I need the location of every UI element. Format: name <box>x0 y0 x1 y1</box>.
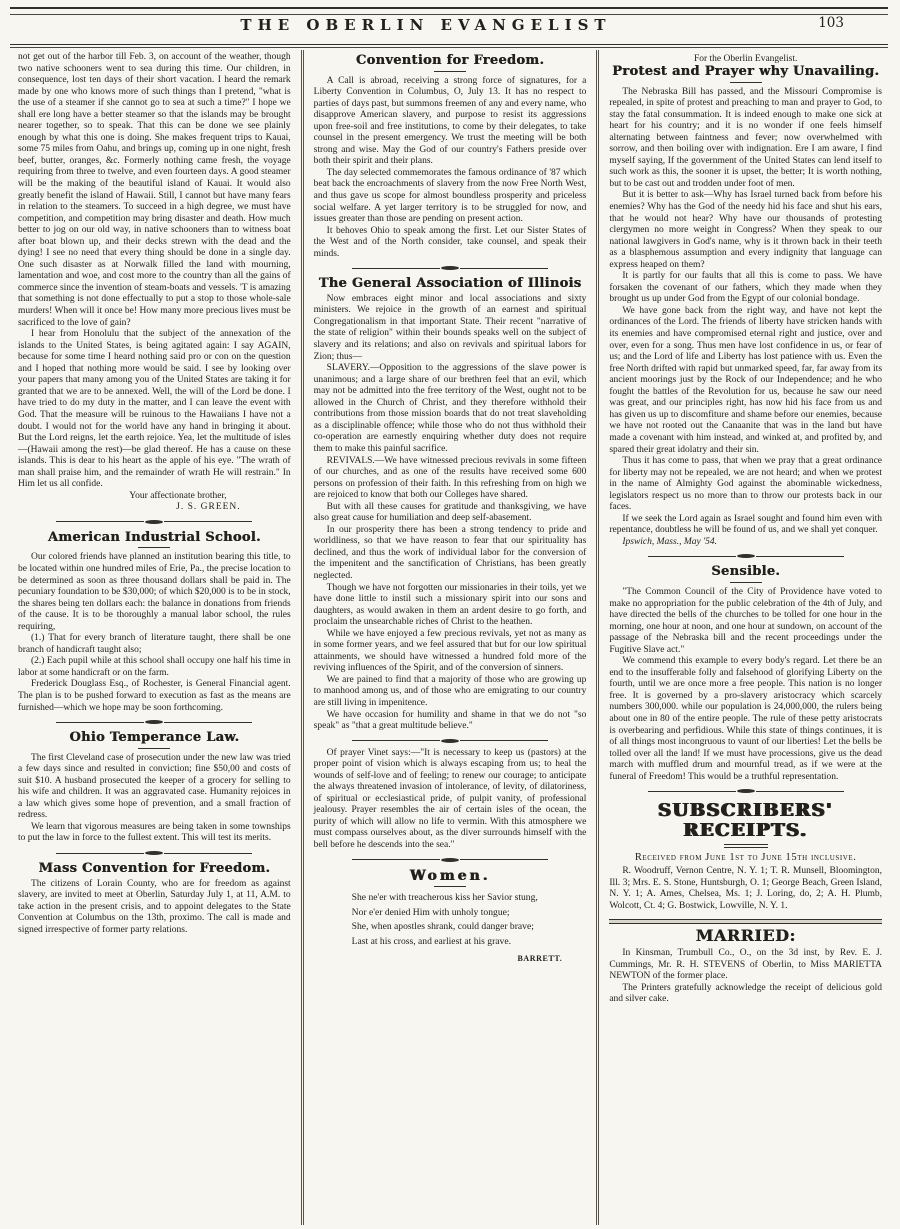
header-divider-rule <box>10 44 888 48</box>
heading-underline-rule <box>434 71 466 72</box>
ornament-divider <box>352 739 548 743</box>
divider-ornament <box>737 789 755 793</box>
article-heading-temperance-law: Ohio Temperance Law. <box>18 731 291 746</box>
divider-ornament <box>737 554 755 558</box>
article-paragraph: In our prosperity there has been a stron… <box>314 525 587 583</box>
article-paragraph: We are pained to find that a majority of… <box>314 675 587 710</box>
letter-paragraph: not get out of the harbor till Feb. 3, o… <box>18 52 291 329</box>
section-heading-married: MARRIED: <box>609 927 882 945</box>
article-heading-sensible: Sensible. <box>609 565 882 580</box>
article-heading-convention-freedom: Convention for Freedom. <box>314 54 587 69</box>
column-1: not get out of the harbor till Feb. 3, o… <box>8 50 301 1225</box>
heading-underline-rule <box>138 748 170 749</box>
article-paragraph: It behoves Ohio to speak among the first… <box>314 226 587 261</box>
letter-signoff: Your affectionate brother, <box>18 491 291 503</box>
article-paragraph: SLAVERY.—Opposition to the aggressions o… <box>314 363 587 455</box>
article-paragraph: But with all these causes for gratitude … <box>314 502 587 525</box>
newspaper-page: THE OBERLIN EVANGELIST 103 not get out o… <box>0 0 900 1229</box>
article-paragraph: Frederick Douglass Esq., of Rochester, i… <box>18 679 291 714</box>
heading-underline-rule <box>730 82 762 83</box>
article-paragraph: While we have enjoyed a few precious rev… <box>314 629 587 675</box>
article-paragraph: If we seek the Lord again as Israel soug… <box>609 514 882 537</box>
receipts-subheading: Received from June 1st to June 15th incl… <box>609 852 882 864</box>
divider-ornament <box>145 720 163 724</box>
article-heading-general-association: The General Association of Illinois <box>314 277 587 292</box>
article-paragraph: The day selected commemorates the famous… <box>314 168 587 226</box>
ornament-divider <box>56 851 252 855</box>
article-heading-women: Women. <box>314 869 587 885</box>
article-paragraph: (1.) That for every branch of literature… <box>18 633 291 656</box>
heading-underline-rule <box>434 886 466 887</box>
article-paragraph: A Call is abroad, receiving a strong for… <box>314 76 587 168</box>
poem-signature: BARRETT. <box>314 953 587 965</box>
poem-line: Last at his cross, and earliest at his g… <box>352 935 587 950</box>
poem-line: Nor e'er denied Him with unholy tongue; <box>352 906 587 921</box>
ornament-divider <box>648 554 844 558</box>
article-paragraph: The citizens of Lorain County, who are f… <box>18 879 291 937</box>
heading-underline-rule <box>730 582 762 583</box>
article-paragraph: But it is better to ask—Why has Israel t… <box>609 190 882 271</box>
marriage-notice-paragraph: In Kinsman, Trumbull Co., O., on the 3d … <box>609 948 882 983</box>
poem-line: She ne'er with treacherous kiss her Savi… <box>352 891 587 906</box>
divider-ornament <box>441 739 459 743</box>
divider-ornament <box>145 520 163 524</box>
article-heading-industrial-school: American Industrial School. <box>18 531 291 546</box>
printers-note-paragraph: The Printers gratefully acknowledge the … <box>609 983 882 1006</box>
divider-ornament <box>441 266 459 270</box>
divider-ornament <box>441 858 459 862</box>
article-paragraph: We have gone back from the right way, an… <box>609 306 882 456</box>
double-rule-divider <box>609 919 882 924</box>
article-paragraph: We have occasion for humility and shame … <box>314 710 587 733</box>
column-layout: not get out of the harbor till Feb. 3, o… <box>8 50 892 1225</box>
receipts-list-paragraph: R. Woodruff, Vernon Centre, N. Y. 1; T. … <box>609 866 882 912</box>
section-heading-subscribers-receipts: SUBSCRIBERS' RECEIPTS. <box>609 801 882 841</box>
article-paragraph: We commend this example to every body's … <box>609 656 882 783</box>
column-2: Convention for Freedom. A Call is abroad… <box>301 50 600 1225</box>
article-paragraph: "The Common Council of the City of Provi… <box>609 587 882 656</box>
article-paragraph: Now embraces eight minor and local assoc… <box>314 294 587 363</box>
vinet-quote-paragraph: Of prayer Vinet says:—"It is necessary t… <box>314 748 587 852</box>
ornament-divider <box>56 520 252 524</box>
divider-ornament <box>145 851 163 855</box>
top-border-rule <box>10 7 888 15</box>
poem: She ne'er with treacherous kiss her Savi… <box>352 891 587 949</box>
article-heading-mass-convention: Mass Convention for Freedom. <box>18 862 291 877</box>
article-paragraph: Though we have not forgotten our mission… <box>314 583 587 629</box>
page-number: 103 <box>818 15 844 31</box>
column-3: For the Oberlin Evangelist. Protest and … <box>599 50 892 1225</box>
article-paragraph: It is partly for our faults that all thi… <box>609 271 882 306</box>
article-paragraph: REVIVALS.—We have witnessed precious rev… <box>314 456 587 502</box>
ornament-divider <box>352 266 548 270</box>
heading-underline-rule <box>724 844 768 848</box>
article-paragraph: Our colored friends have planned an inst… <box>18 552 291 633</box>
heading-underline-rule <box>138 547 170 548</box>
masthead-title: THE OBERLIN EVANGELIST <box>0 16 876 34</box>
article-paragraph: The Nebraska Bill has passed, and the Mi… <box>609 87 882 191</box>
article-paragraph: The first Cleveland case of prosecution … <box>18 753 291 822</box>
ornament-divider <box>56 720 252 724</box>
ornament-divider <box>352 858 548 862</box>
letter-paragraph: I hear from Honolulu that the subject of… <box>18 329 291 491</box>
letter-signature: J. S. GREEN. <box>18 502 291 514</box>
article-heading-protest-prayer: Protest and Prayer why Unavailing. <box>609 65 882 80</box>
poem-line: She, when apostles shrank, could danger … <box>352 920 587 935</box>
article-paragraph: Thus it has come to pass, that when we p… <box>609 456 882 514</box>
ornament-divider <box>648 789 844 793</box>
article-dateline: Ipswich, Mass., May '54. <box>609 537 882 549</box>
article-paragraph: (2.) Each pupil while at this school sha… <box>18 656 291 679</box>
article-paragraph: We learn that vigorous measures are bein… <box>18 822 291 845</box>
